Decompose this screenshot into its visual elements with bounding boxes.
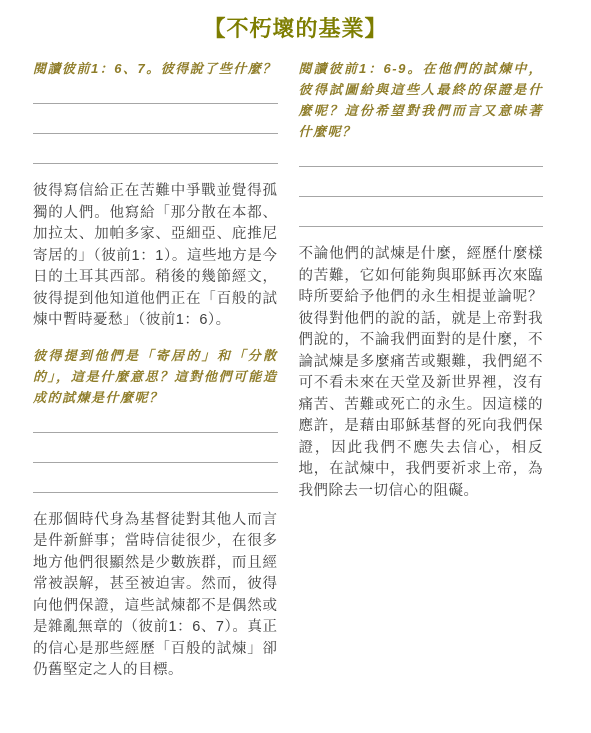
answer-line <box>33 104 278 134</box>
paragraph-right-1: 不論他們的試煉是什麼，經歷什麼樣的苦難，它如何能夠與耶穌再次來臨時所要給予他們的… <box>299 244 544 502</box>
answer-line <box>33 463 278 493</box>
page-title: 【不朽壞的基業】 <box>0 12 591 43</box>
worksheet-page: 【不朽壞的基業】 閱讀彼前1：6、7。彼得說了些什麼？ 彼得寫信給正在苦難中爭戰… <box>0 0 591 733</box>
answer-line <box>33 134 278 164</box>
left-column: 閱讀彼前1：6、7。彼得說了些什麼？ 彼得寫信給正在苦難中爭戰並覺得孤獨的人們。… <box>33 58 278 695</box>
right-column: 閱讀彼前1：6-9。在他們的試煉中，彼得試圖給與這些人最終的保證是什麼呢？這份希… <box>299 58 544 695</box>
answer-line <box>33 433 278 463</box>
two-column-layout: 閱讀彼前1：6、7。彼得說了些什麼？ 彼得寫信給正在苦難中爭戰並覺得孤獨的人們。… <box>0 58 591 695</box>
answer-blanks-left-2 <box>33 403 278 493</box>
paragraph-left-1: 彼得寫信給正在苦難中爭戰並覺得孤獨的人們。他寫給「那分散在本都、加拉太、加帕多家… <box>33 181 278 332</box>
question-left-2: 彼得提到他們是「寄居的」和「分散的」，這是什麼意思？這對他們可能造成的試煉是什麼… <box>33 345 278 408</box>
paragraph-left-2: 在那個時代身為基督徒對其他人而言是件新鮮事；當時信徒很少，在很多地方他們很顯然是… <box>33 510 278 682</box>
answer-line <box>299 197 544 227</box>
answer-line <box>299 167 544 197</box>
question-right-1: 閱讀彼前1：6-9。在他們的試煉中，彼得試圖給與這些人最終的保證是什麼呢？這份希… <box>299 58 544 142</box>
answer-blanks-left-1 <box>33 74 278 164</box>
answer-blanks-right-1 <box>299 137 544 227</box>
question-left-1: 閱讀彼前1：6、7。彼得說了些什麼？ <box>33 58 278 79</box>
